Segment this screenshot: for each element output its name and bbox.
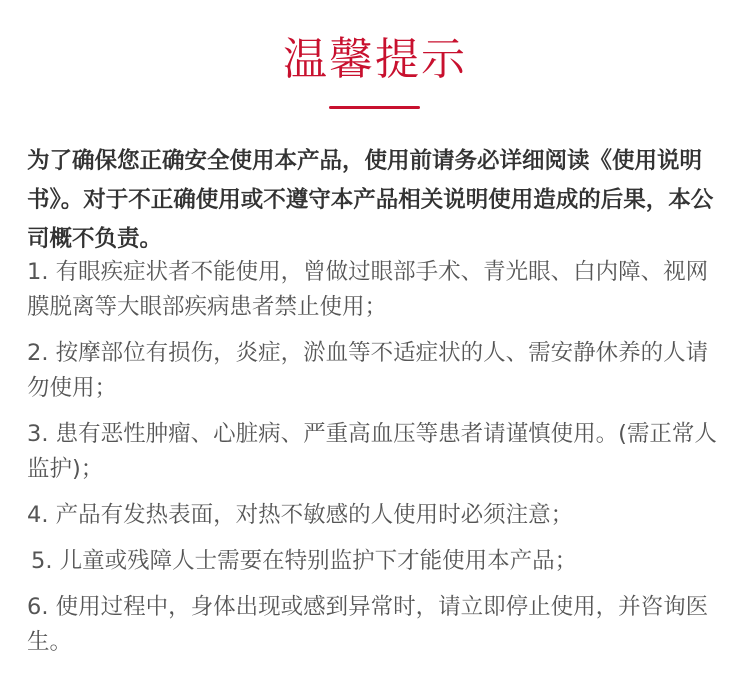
notice-list: 1. 有眼疾症状者不能使用，曾做过眼部手术、青光眼、白内障、视网膜脱离等大眼部疾… (27, 255, 717, 671)
notice-item-6: 6. 使用过程中，身体出现或感到异常时，请立即停止使用，并咨询医生。 (27, 590, 717, 660)
warm-reminder-page: 温馨提示 为了确保您正确安全使用本产品，使用前请务必详细阅读《使用说明书》。对于… (0, 0, 750, 681)
title-divider (329, 106, 420, 109)
page-title: 温馨提示 (0, 30, 750, 90)
notice-item-3: 3. 患有恶性肿瘤、心脏病、严重高血压等患者请谨慎使用。(需正常人监护)； (27, 417, 717, 487)
notice-item-1: 1. 有眼疾症状者不能使用，曾做过眼部手术、青光眼、白内障、视网膜脱离等大眼部疾… (27, 255, 717, 325)
notice-item-4: 4. 产品有发热表面，对热不敏感的人使用时必须注意； (27, 498, 717, 533)
intro-disclaimer: 为了确保您正确安全使用本产品，使用前请务必详细阅读《使用说明书》。对于不正确使用… (27, 142, 717, 259)
notice-item-5: 5. 儿童或残障人士需要在特别监护下才能使用本产品； (27, 544, 717, 579)
notice-item-2: 2. 按摩部位有损伤，炎症，淤血等不适症状的人、需安静休养的人请勿使用； (27, 336, 717, 406)
